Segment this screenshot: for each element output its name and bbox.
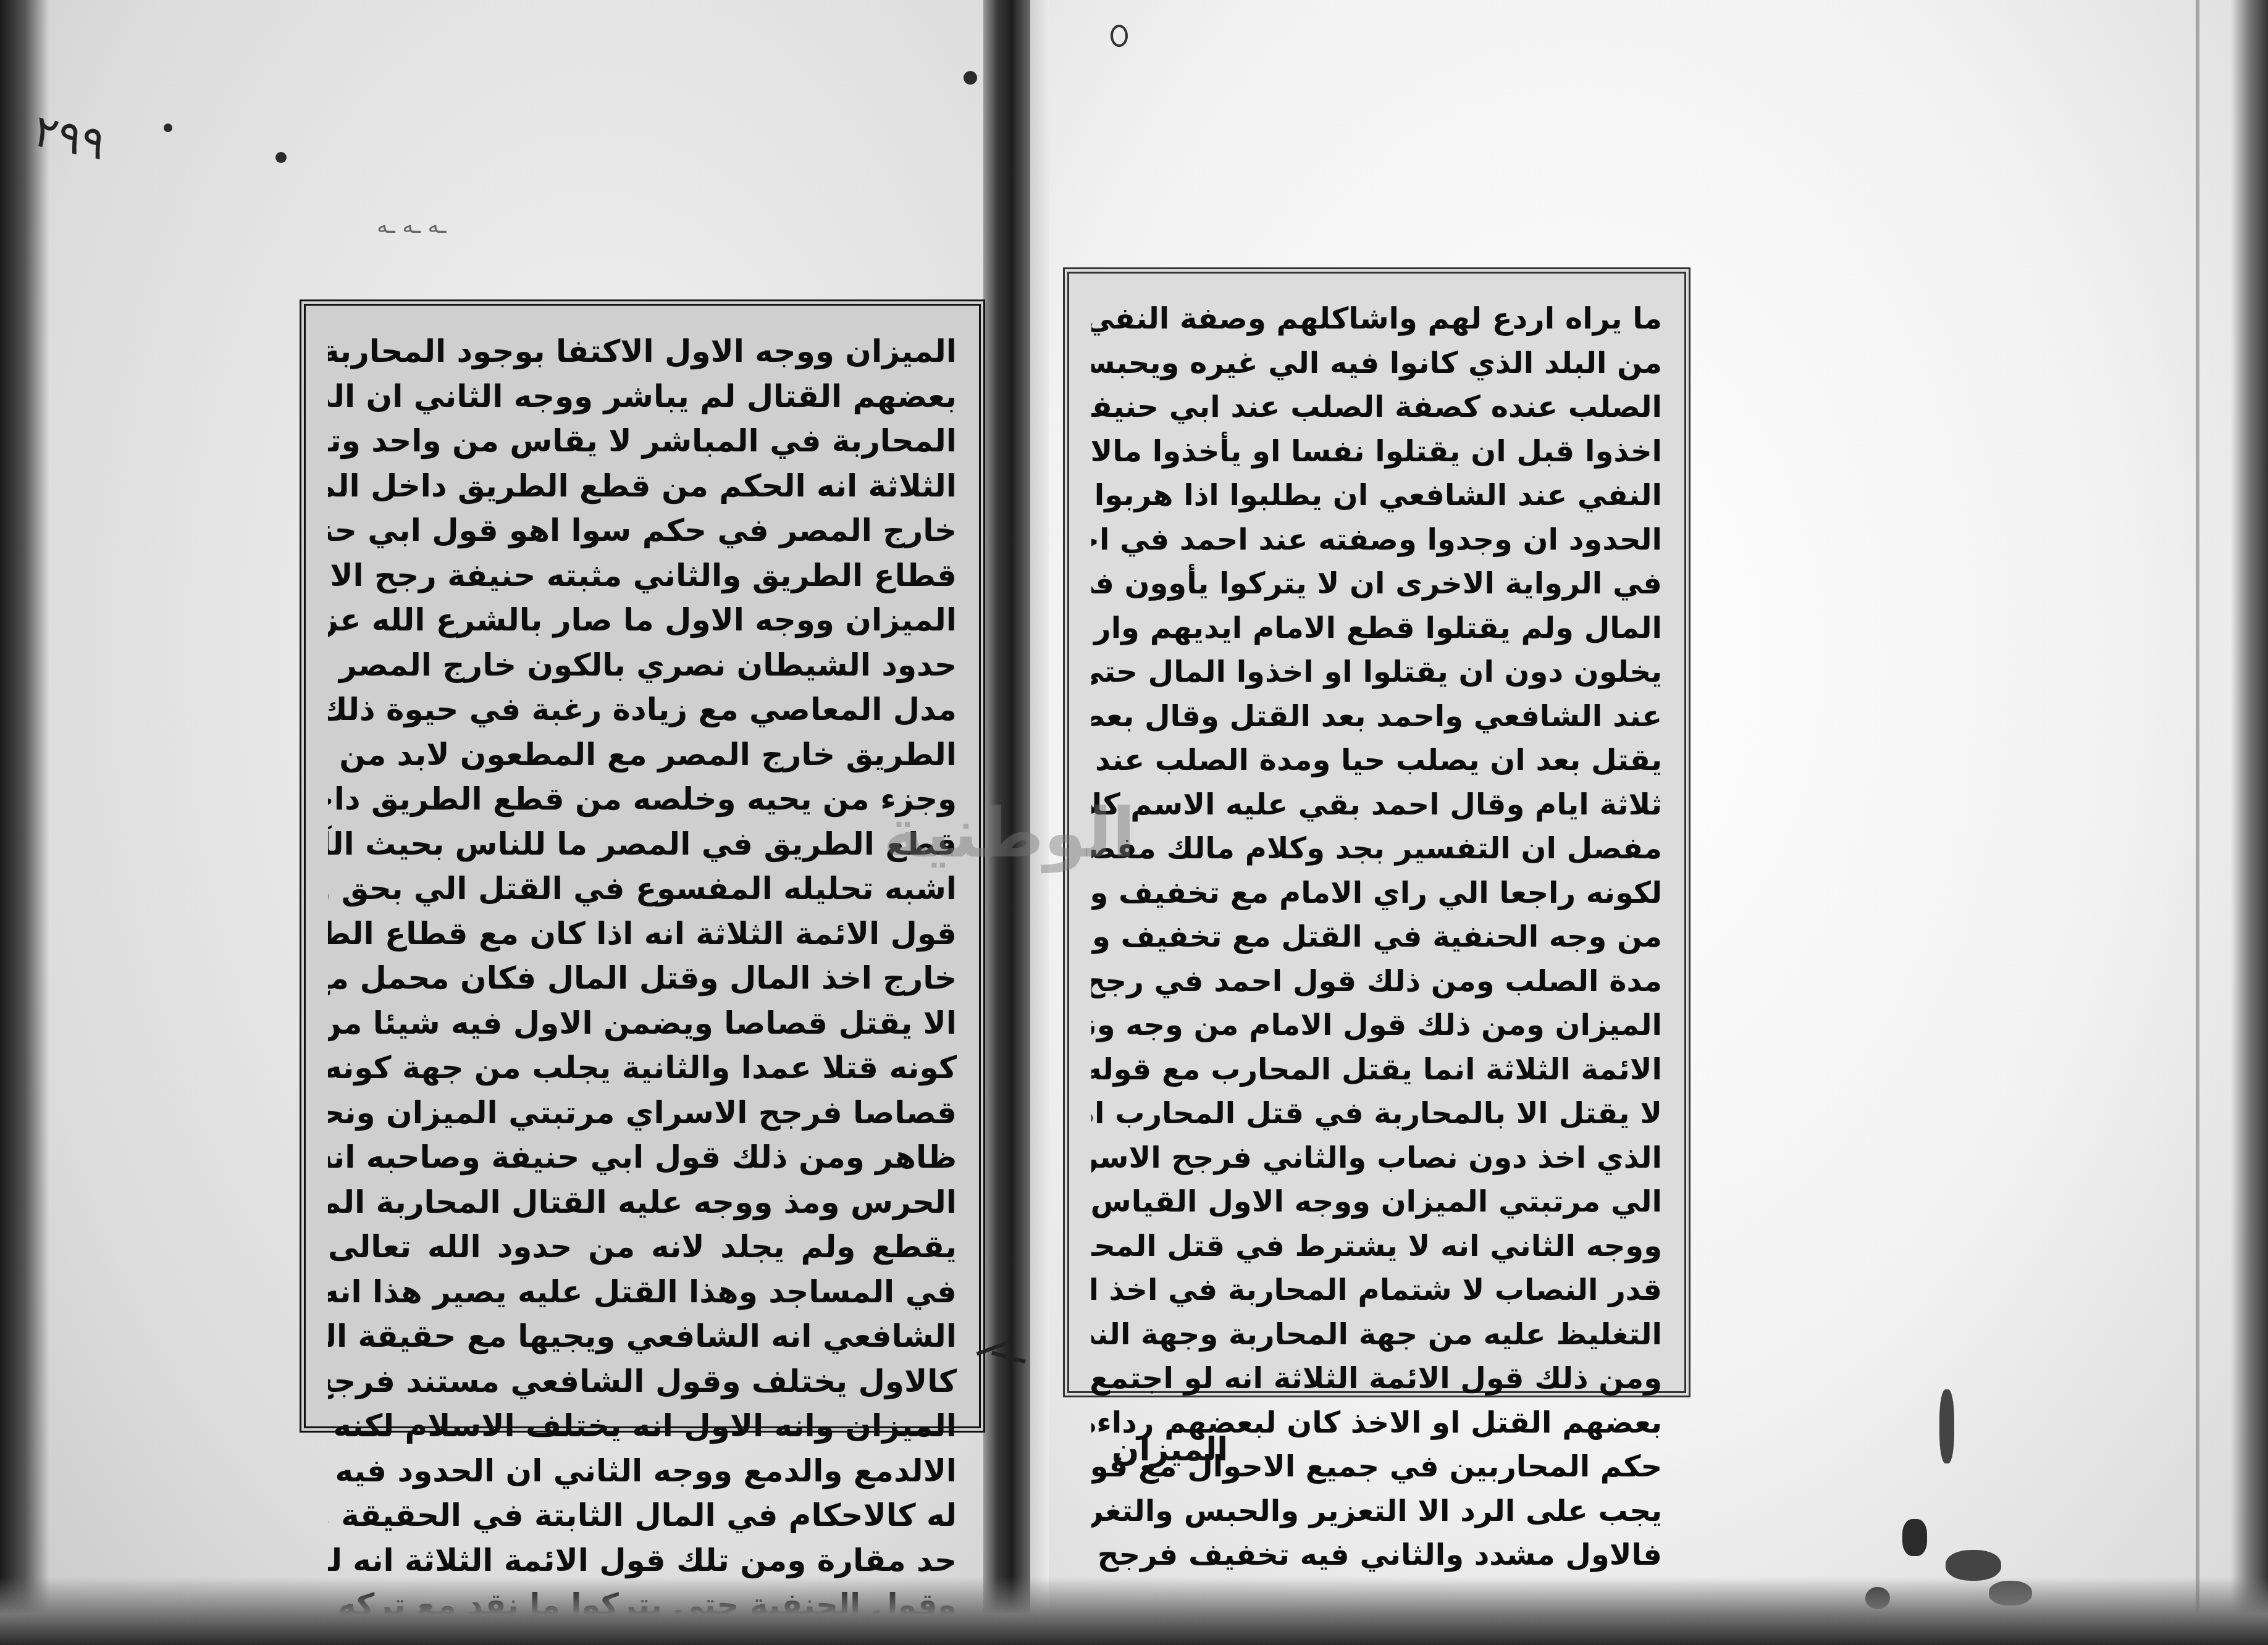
ink-spot <box>1111 25 1128 47</box>
manuscript-line: الحرس ومذ ووجه عليه القتال المحاربة المص… <box>328 1180 957 1225</box>
manuscript-line: فالاول مشدد والثاني فيه تخفيف فرجح الاسر… <box>1091 1533 1662 1578</box>
manuscript-line: قطع الطريق في المصر ما للناس بحيث الآمنا… <box>328 822 957 867</box>
manuscript-line: في الرواية الاخرى ان لا يتركوا يأوون في … <box>1091 562 1662 606</box>
manuscript-line: حد مقارة ومن تلك قول الائمة الثلاثة انه … <box>328 1538 957 1583</box>
manuscript-line: الثلاثة انه الحكم من قطع الطريق داخل الم… <box>328 464 957 509</box>
top-margin-marks: ـه ـه ـه <box>377 213 446 238</box>
manuscript-line: بعضهم القتال لم يباشر ووجه الثاني ان الم… <box>328 374 957 419</box>
manuscript-line: ثلاثة ايام وقال احمد بقي عليه الاسم كلام… <box>1091 783 1662 827</box>
manuscript-line: من البلد الذي كانوا فيه الي غيره ويحبسون… <box>1091 341 1662 386</box>
manuscript-line: في المساجد وهذا القتل عليه يصير هذا انه … <box>328 1270 957 1315</box>
manuscript-line: مفصل ان التفسير بجد وكلام مالك مفصل التخ… <box>1091 827 1662 871</box>
manuscript-line: الطريق خارج المصر مع المطعون لابد من الج… <box>328 732 957 777</box>
manuscript-line: الميزان ووجه الاول الاكتفا بوجود المحارب… <box>328 329 957 374</box>
manuscript-line: قول الائمة الثلاثة انه اذا كان مع قطاع ا… <box>328 911 957 956</box>
bottom-edge-shadow <box>0 1577 2268 1645</box>
manuscript-line: الشافعي انه الشافعي ويجيها مع حقيقة الحل… <box>328 1314 957 1359</box>
left-text-block: الميزان ووجه الاول الاكتفا بوجود المحارب… <box>300 299 985 1433</box>
manuscript-line: يجب على الرد الا التعزير والحبس والتغريب… <box>1091 1489 1662 1534</box>
water-stain <box>1939 1389 1954 1463</box>
manuscript-line: يقتل بعد ان يصلب حيا ومدة الصلب عند الثل… <box>1091 739 1662 783</box>
ink-spot <box>275 152 287 163</box>
manuscript-line: يخلون دون ان يقتلوا او اخذوا المال حتى ي… <box>1091 650 1662 695</box>
manuscript-line: المال ولم يقتلوا قطع الامام ايديهم وارجل… <box>1091 606 1662 651</box>
manuscript-line: الي مرتبتي الميزان ووجه الاول القياس على… <box>1091 1180 1662 1224</box>
manuscript-line: ومن ذلك قول الائمة الثلاثة انه لو اجتمع … <box>1091 1357 1662 1401</box>
manuscript-line: مدة الصلب ومن ذلك قول احمد في رجح الاسرا… <box>1091 960 1662 1004</box>
manuscript-line: الحدود ان وجدوا وصفته عند احمد في احدى ر… <box>1091 518 1662 563</box>
manuscript-line: له كالاحكام في المال الثابتة في الحقيقة … <box>328 1493 957 1538</box>
library-watermark: الوطنية <box>883 793 1135 873</box>
manuscript-line: الميزان وانه الاول انه يختلف الاسلام لكن… <box>328 1404 957 1449</box>
manuscript-line: يقطع ولم يجلد لانه من حدود الله تعالى <box>328 1224 957 1270</box>
manuscript-line: التغليظ عليه من جهة المحاربة وجهة النصاب <box>1091 1313 1662 1357</box>
water-stain <box>1946 1550 2001 1581</box>
manuscript-line: مدل المعاصي مع زيادة رغبة في حيوة ذلك وو… <box>328 687 957 732</box>
manuscript-line: المحاربة في المباشر لا يقاس من واحد وتوق… <box>328 419 957 464</box>
manuscript-line: النفي عند الشافعي ان يطلبوا اذا هربوا لي… <box>1091 474 1662 518</box>
manuscript-line: لا يقتل الا بالمحاربة في قتل المحارب اذا… <box>1091 1092 1662 1136</box>
ink-spot <box>164 123 172 132</box>
manuscript-line: ووجه الثاني انه لا يشترط في قتل المحارب … <box>1091 1224 1662 1269</box>
right-page-edge <box>2196 0 2199 1645</box>
manuscript-line: الميزان ومن ذلك قول الامام من وجه ونصف ا… <box>1091 1003 1662 1048</box>
manuscript-line: قصاصا فرجح الاسراي مرتبتي الميزان ونحوه … <box>328 1090 957 1136</box>
catchword: الميزان <box>1112 1431 1228 1468</box>
manuscript-line: حدود الشيطان نصري بالكون خارج المصر وانه… <box>328 643 957 688</box>
manuscript-line: الالدمع والدمع ووجه الثاني ان الحدود فيه… <box>328 1449 957 1494</box>
manuscript-line: خارج اخذ المال وقتل المال فكان محمل مع ق… <box>328 956 957 1001</box>
manuscript-line: ظاهر ومن ذلك قول ابي حنيفة وصاحبه انه لو… <box>328 1135 957 1180</box>
manuscript-line: اخذوا قبل ان يقتلوا نفسا او يأخذوا مالا … <box>1091 430 1662 474</box>
manuscript-line: الذي اخذ دون نصاب والثاني فرجح الاسراي <box>1091 1136 1662 1181</box>
water-stain <box>1902 1519 1927 1556</box>
manuscript-line: لكونه راجعا الي راي الامام مع تخفيف والا… <box>1091 871 1662 916</box>
manuscript-line: الصلب عنده كصفة الصلب عند ابي حنيفة وقال… <box>1091 385 1662 430</box>
manuscript-line: كالاول يختلف وقول الشافعي مستند فرجح الا… <box>328 1359 957 1404</box>
manuscript-line: وجزء من يحيه وخلصه من قطع الطريق داخل ال… <box>328 777 957 822</box>
manuscript-line: الا يقتل قصاصا ويضمن الاول فيه شيئا من ج… <box>328 1001 957 1046</box>
manuscript-line: من وجه الحنفية في القتل مع تخفيف وان الك… <box>1091 915 1662 960</box>
manuscript-line: الائمة الثلاثة انما يقتل المحارب مع قوله… <box>1091 1048 1662 1092</box>
right-text-block: ما يراه اردع لهم واشاكلهم وصفة النفي عند… <box>1063 267 1690 1397</box>
right-edge-shadow <box>2231 0 2268 1645</box>
manuscript-line: عند الشافعي واحمد بعد القتل وقال بعض الش… <box>1091 695 1662 739</box>
ink-spot <box>964 71 977 85</box>
manuscript-line: ما يراه اردع لهم واشاكلهم وصفة النفي عند… <box>1091 297 1662 341</box>
manuscript-line: قدر النصاب لا شتمام المحاربة في اخذ الما… <box>1091 1268 1662 1313</box>
left-edge-shadow <box>0 0 49 1645</box>
manuscript-line: كونه قتلا عمدا والثانية يجلب من جهة كونه… <box>328 1045 957 1090</box>
manuscript-line: اشبه تحليله المفسوع في القتل الي بحق وهو… <box>328 866 957 911</box>
manuscript-line: خارج المصر في حكم سوا اهو قول ابي حنيفة … <box>328 508 957 553</box>
manuscript-line: قطاع الطريق والثاني مثبته حنيفة رجح الاس… <box>328 553 957 598</box>
manuscript-line: الميزان ووجه الاول ما صار بالشرع الله عز… <box>328 598 957 643</box>
